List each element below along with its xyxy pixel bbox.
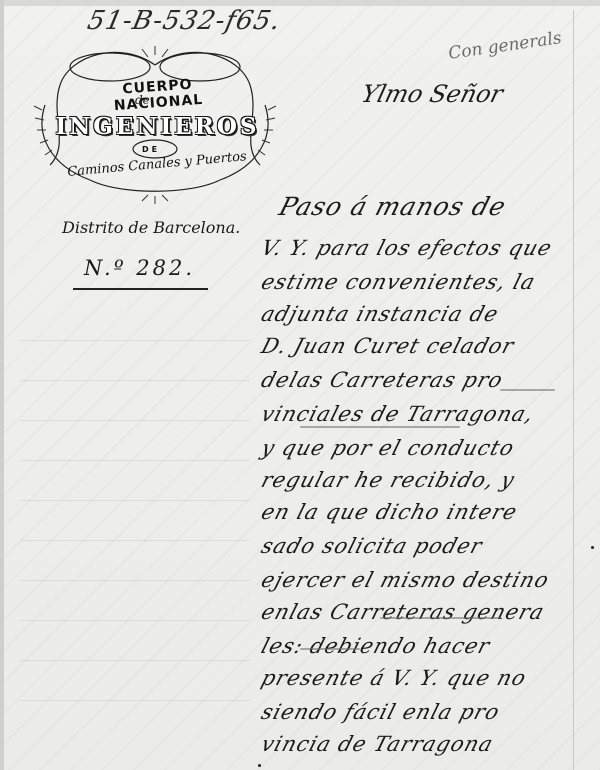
bleed-through-line — [20, 660, 250, 661]
body-line: estime convenientes, la — [259, 270, 576, 294]
ink-speck — [591, 546, 594, 549]
pencil-underline — [500, 389, 555, 391]
margin-rule — [573, 10, 574, 770]
body-line: presente á V. Y. que no — [259, 666, 576, 690]
letterhead-emblem: CUERPO NACIONAL de INGENIEROS DE Caminos… — [30, 45, 280, 205]
scan-top-edge — [0, 0, 600, 6]
bleed-through-line — [20, 340, 250, 341]
ink-speck — [258, 764, 261, 767]
pencil-annotation: Con generals — [447, 28, 563, 64]
bleed-through-line — [20, 620, 250, 621]
body-line: les: debiendo hacer — [259, 634, 576, 658]
bleed-through-line — [20, 580, 250, 581]
document-number: N.º 282. — [84, 256, 195, 280]
pencil-underline — [380, 617, 500, 619]
letterhead-line-3: INGENIEROS — [50, 113, 265, 140]
body-line: vincia de Tarragona — [259, 732, 576, 756]
body-line: en la que dicho intere — [259, 500, 576, 524]
body-line: y que por el conducto — [259, 436, 576, 460]
district-label: Distrito de Barcelona. — [62, 218, 240, 237]
archive-reference: 51-B-532-f65. — [85, 6, 284, 36]
bleed-through-line — [20, 380, 250, 381]
scan-left-edge — [0, 0, 4, 770]
letterhead-line-2: de — [135, 93, 150, 107]
body-line: adjunta instancia de — [259, 302, 576, 326]
body-line: regular he recibido, y — [259, 468, 576, 492]
salutation: Ylmo Señor — [359, 80, 506, 108]
body-line: ejercer el mismo destino — [259, 568, 576, 592]
bleed-through-line — [20, 700, 250, 701]
body-line: V. Y. para los efectos que — [259, 236, 576, 260]
body-line: enlas Carreteras genera — [259, 600, 576, 624]
bleed-through-line — [20, 500, 250, 501]
bleed-through-line — [20, 420, 250, 421]
number-underline — [73, 288, 208, 290]
pencil-underline — [300, 648, 360, 650]
bleed-through-line — [20, 460, 250, 461]
body-line: siendo fácil enla pro — [259, 700, 576, 724]
body-line: D. Juan Curet celador — [259, 334, 576, 358]
body-line: vinciales de Tarragona, — [259, 402, 576, 426]
letterhead-line-4: DE — [142, 145, 160, 154]
body-line: sado solicita poder — [259, 534, 576, 558]
body-line: Paso á manos de — [276, 192, 594, 221]
pencil-underline — [300, 426, 460, 428]
bleed-through-line — [20, 540, 250, 541]
document-page: 51-B-532-f65. Con generals CUERPO NACION… — [0, 0, 600, 770]
